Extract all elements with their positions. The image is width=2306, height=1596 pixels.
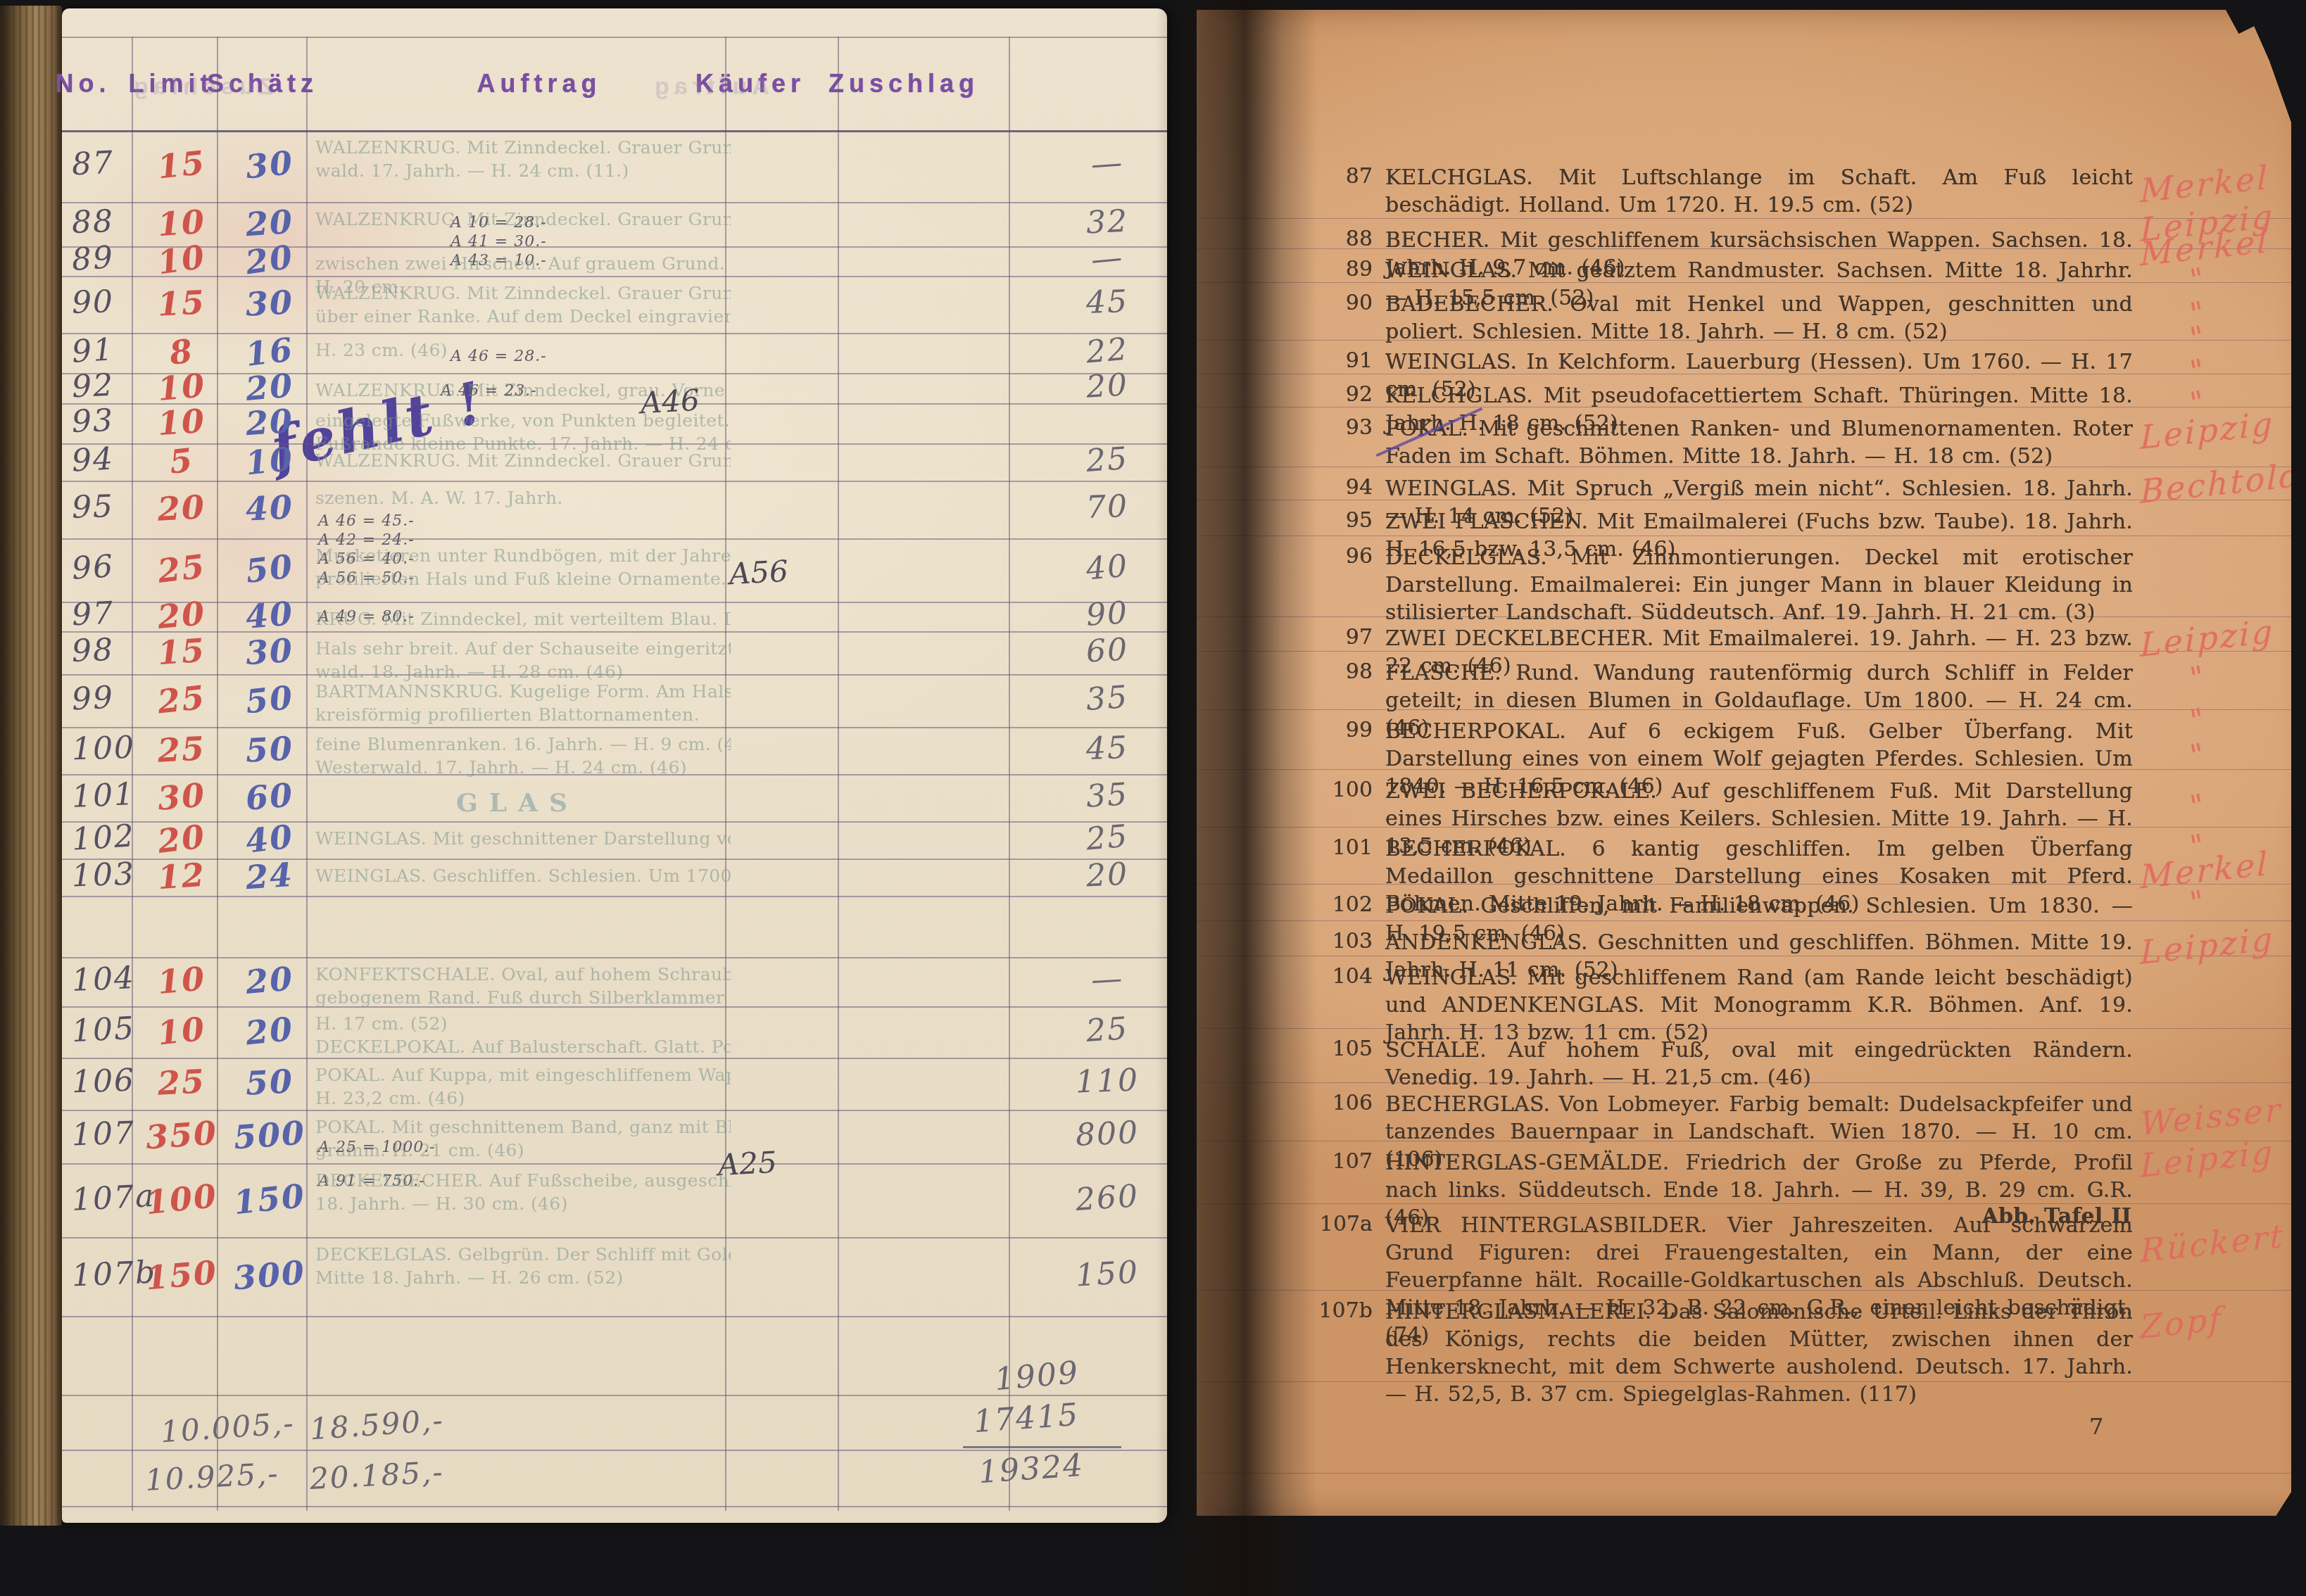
book-spine — [0, 6, 62, 1526]
bleedthrough-print-line: 18. Jahrh. — H. 30 cm. (46) — [315, 1192, 731, 1215]
lot-number: 93 — [71, 403, 115, 440]
bleedthrough-print-line: Mitte 18. Jahrh. — H. 26 cm. (52) — [315, 1266, 731, 1289]
estimate-value: 30 — [219, 141, 321, 189]
estimate-value: 150 — [219, 1175, 321, 1223]
bleedthrough-print-line: DECKELGLAS. Gelbgrün. Der Schliff mit Go… — [315, 1243, 731, 1266]
lot-number: 98 — [71, 632, 115, 669]
estimate-value: 40 — [220, 486, 320, 529]
bleedthrough-print-line: über einer Ranke. Auf dem Deckel eingrav… — [315, 305, 731, 328]
ledger-row-line — [62, 1237, 1167, 1239]
ledger-rule-line — [62, 1506, 1167, 1507]
lot-number: 87 — [71, 144, 115, 182]
catalog-entry-number: 93 — [1197, 415, 1385, 470]
catalog-rule-line — [1197, 1473, 2291, 1474]
estimate-value: 50 — [220, 1060, 320, 1103]
limit-total-2: 10.925,- — [144, 1456, 280, 1497]
estimate-total-2: 20.185,- — [309, 1455, 445, 1496]
bleedthrough-print-line: Musketieren unter Rundbögen, mit der Jah… — [315, 544, 731, 567]
lot-number: 96 — [70, 548, 115, 587]
catalog-entry-text: KELCHGLAS. Mit Luftschlange im Schaft. A… — [1385, 164, 2133, 219]
catalog-entry: 90BADEBECHER. Oval mit Henkel und Wappen… — [1197, 291, 2253, 346]
lot-number: 91 — [70, 331, 115, 370]
auftrag-pencil-notes: A 46 = 28.- — [451, 347, 547, 366]
bleedthrough-glas-heading: GLAS — [456, 788, 579, 818]
estimate-value: 20 — [219, 957, 320, 1003]
hammer-price: 90 — [1040, 593, 1176, 636]
hammer-price: — — [1039, 141, 1175, 186]
lot-number: 92 — [71, 367, 115, 405]
bleedthrough-print-line: szenen. M. A. W. 17. Jahrh. — [315, 486, 731, 509]
catalog-entry-text: WEINGLAS. Mit geschliffenem Rand (am Ran… — [1385, 964, 2133, 1046]
bleedthrough-print-line: WALZENKRUG. Mit Zinndeckel. Grauer Grund… — [315, 449, 731, 472]
lot-number: 105 — [71, 1011, 137, 1050]
estimate-value: 50 — [220, 728, 320, 771]
lot-number: 89 — [70, 239, 115, 278]
ledger-row-line — [62, 1316, 1167, 1317]
estimate-value: 300 — [219, 1252, 320, 1298]
bleedthrough-print-line: KONFEKTSCHALE. Oval, auf hohem Schrauben… — [315, 963, 731, 986]
ledger-header-line — [62, 130, 1167, 132]
mirrored-stamp-ghost: Zuschlag — [129, 73, 273, 101]
bleedthrough-print-line: POKAL. Auf Kuppa, mit eingeschliffenem W… — [315, 1063, 731, 1087]
estimate-value: 60 — [219, 773, 320, 820]
hammer-price: 60 — [1040, 630, 1175, 672]
lot-number: 104 — [71, 960, 136, 999]
catalog-entry-text: POKAL. Mit geschnittenen Ranken- und Blu… — [1385, 415, 2133, 470]
bleedthrough-print-line: gebogenem Rand. Fuß durch Silberklammer … — [315, 986, 731, 1009]
auftrag-pencil-notes: A 49 = 80.- — [318, 607, 415, 626]
hammer-price: 40 — [1039, 544, 1176, 590]
bleedthrough-print-line: eingelegte Fußwerke, von Punkten begleit… — [315, 409, 731, 432]
ledger-row-line — [62, 1163, 1167, 1165]
bleedthrough-print-line: kreisförmig profilierten Blattornamenten… — [315, 703, 731, 726]
hammer-subtotal-1: 1909 — [993, 1355, 1080, 1398]
bleedthrough-print-line: profilierten Hals und Fuß kleine Ornamen… — [315, 567, 731, 590]
bleedthrough-print-line: WALZENKRUG. Mit Zinndeckel. Grauer Grund… — [315, 281, 731, 305]
bleedthrough-print-line: WEINGLAS. Geschliffen. Schlesien. Um 170… — [315, 864, 731, 887]
lot-number: 101 — [71, 776, 136, 815]
catalog-entry-text: SCHALE. Auf hohem Fuß, oval mit eingedrü… — [1385, 1037, 2133, 1091]
catalog-entry: 107bHINTERGLASMALEREI. Das Salomonische … — [1197, 1298, 2253, 1408]
lot-number: 102 — [71, 818, 137, 857]
estimate-value: 24 — [219, 854, 320, 899]
hammer-price: 110 — [1040, 1061, 1175, 1102]
estimate-value: 50 — [219, 676, 321, 723]
catalog-entry: 104WEINGLAS. Mit geschliffenem Rand (am … — [1197, 964, 2253, 1046]
lot-number: 97 — [71, 595, 115, 633]
catalog-page: 87KELCHGLAS. Mit Luftschlange im Schaft.… — [1197, 10, 2291, 1516]
estimate-value: 50 — [218, 544, 321, 594]
bleedthrough-print-line: feine Blumenranken. 16. Jahrh. — H. 9 cm… — [315, 733, 731, 756]
catalog-entry: 96DECKELGLAS. Mit Zinnmontierungen. Deck… — [1197, 544, 2253, 626]
catalog-entry: 87KELCHGLAS. Mit Luftschlange im Schaft.… — [1197, 164, 2253, 219]
lot-number: 106 — [71, 1063, 135, 1100]
bleedthrough-print-line: BARTMANNSKRUG. Kugelige Form. Am Halse — [315, 680, 731, 703]
hammer-price: 25 — [1039, 1007, 1175, 1052]
limit-value: 15 — [132, 281, 232, 324]
hammer-price: 20 — [1040, 854, 1175, 897]
lot-number: 90 — [71, 284, 114, 321]
lot-number: 100 — [71, 730, 135, 767]
lot-number: 107 — [71, 1115, 136, 1153]
column-header-auftrag: Auftrag — [477, 69, 602, 99]
hammer-price: 35 — [1039, 676, 1175, 721]
ledger-row-line — [62, 538, 1167, 540]
column-header-zuschlag: Zuschlag — [828, 69, 979, 99]
limit-value: 20 — [132, 486, 232, 529]
catalog-entry-number: 107b — [1197, 1298, 1385, 1408]
lot-number: 88 — [71, 203, 115, 241]
hammer-price: 45 — [1040, 282, 1175, 323]
bleedthrough-print-line: H. 17 cm. (52) — [315, 1012, 731, 1035]
catalog-entry-text: HINTERGLASMALEREI. Das Salomonische Urte… — [1385, 1298, 2133, 1408]
hammer-price: 150 — [1040, 1253, 1176, 1296]
hammer-price: — — [1040, 958, 1176, 1001]
limit-value: 350 — [131, 1113, 232, 1158]
bleedthrough-print-line: Westerwald. 17. Jahrh. — H. 24 cm. (46) — [315, 756, 731, 779]
bleedthrough-print-line: Hals sehr breit. Auf der Schauseite eing… — [315, 637, 731, 660]
limit-total-1: 10.005,- — [160, 1405, 296, 1449]
catalog-entry: 105SCHALE. Auf hohem Fuß, oval mit einge… — [1197, 1037, 2253, 1091]
catalog-entry-number: 87 — [1197, 164, 1385, 219]
ledger-rule-line — [62, 37, 1167, 38]
limit-value: 12 — [131, 854, 232, 899]
hammer-price: 35 — [1040, 774, 1176, 818]
hammer-grand-total: 19324 — [977, 1448, 1085, 1490]
ledger-page: No. Limit Schätz Auftrag Käufer Zuschlag… — [62, 8, 1167, 1523]
hammer-price: 260 — [1039, 1175, 1175, 1220]
bleedthrough-print-line: H. 23,2 cm. (46) — [315, 1087, 731, 1110]
catalog-entry-number: 105 — [1197, 1037, 1385, 1091]
limit-value: 25 — [132, 728, 232, 771]
bleedthrough-print-line: WALZENKRUG. Mit Zinndeckel. Grauer Grund… — [315, 136, 731, 159]
catalog-entry-number: 96 — [1197, 544, 1385, 626]
column-header-no: No. — [56, 69, 111, 99]
limit-value: 15 — [131, 629, 232, 674]
hammer-price: 70 — [1040, 487, 1175, 528]
lot-number: 103 — [71, 856, 136, 894]
page-number: 7 — [2089, 1413, 2103, 1440]
lot-number: 95 — [71, 488, 114, 526]
limit-value: 25 — [132, 1060, 232, 1103]
bleedthrough-print-line: DECKELBECHER. Auf Fußscheibe, ausgeschli… — [315, 1169, 731, 1192]
estimate-value: 20 — [219, 1007, 321, 1055]
hammer-price: 20 — [1040, 365, 1176, 408]
catalog-entry-number: 104 — [1197, 964, 1385, 1046]
bleedthrough-print-line: zwischen zwei Hirschen. Auf grauem Grund… — [315, 252, 731, 275]
estimate-value: 500 — [219, 1113, 320, 1158]
estimate-total-1: 18.590,- — [309, 1402, 445, 1446]
lot-number: 99 — [71, 679, 115, 717]
ledger-row-line — [62, 1110, 1167, 1111]
bleedthrough-print-line: DECKELPOKAL. Auf Balusterschaft. Glatt. … — [315, 1035, 731, 1058]
bleedthrough-print-line: wald. 17. Jahrh. — H. 24 cm. (11.) — [315, 159, 731, 182]
mirrored-stamp-ghost: Auftrag — [650, 73, 769, 101]
hammer-price: 45 — [1040, 728, 1175, 769]
catalog-entry-text: DECKELGLAS. Mit Zinnmontierungen. Deckel… — [1385, 544, 2133, 626]
catalog-entry-number: 90 — [1197, 291, 1385, 346]
hammer-subtotal-2: 17415 — [972, 1397, 1080, 1440]
bleedthrough-print-line: WEINGLAS. Mit geschnittener Darstellung … — [315, 827, 731, 850]
catalog-entry: 93POKAL. Mit geschnittenen Ranken- und B… — [1197, 415, 2253, 470]
hammer-total-line — [963, 1446, 1121, 1448]
book-scan: No. Limit Schätz Auftrag Käufer Zuschlag… — [0, 0, 2306, 1596]
catalog-entry-text: BADEBECHER. Oval mit Henkel und Wappen, … — [1385, 291, 2133, 346]
buyer-commission-mark: A56 — [729, 554, 789, 591]
lot-number: 94 — [71, 441, 115, 479]
estimate-value: 30 — [220, 281, 320, 324]
hammer-price: 800 — [1040, 1113, 1175, 1155]
auftrag-pencil-notes: A 46 = 23.- — [441, 381, 537, 400]
estimate-value: 30 — [219, 629, 320, 674]
ledger-rule-line — [62, 1450, 1167, 1451]
